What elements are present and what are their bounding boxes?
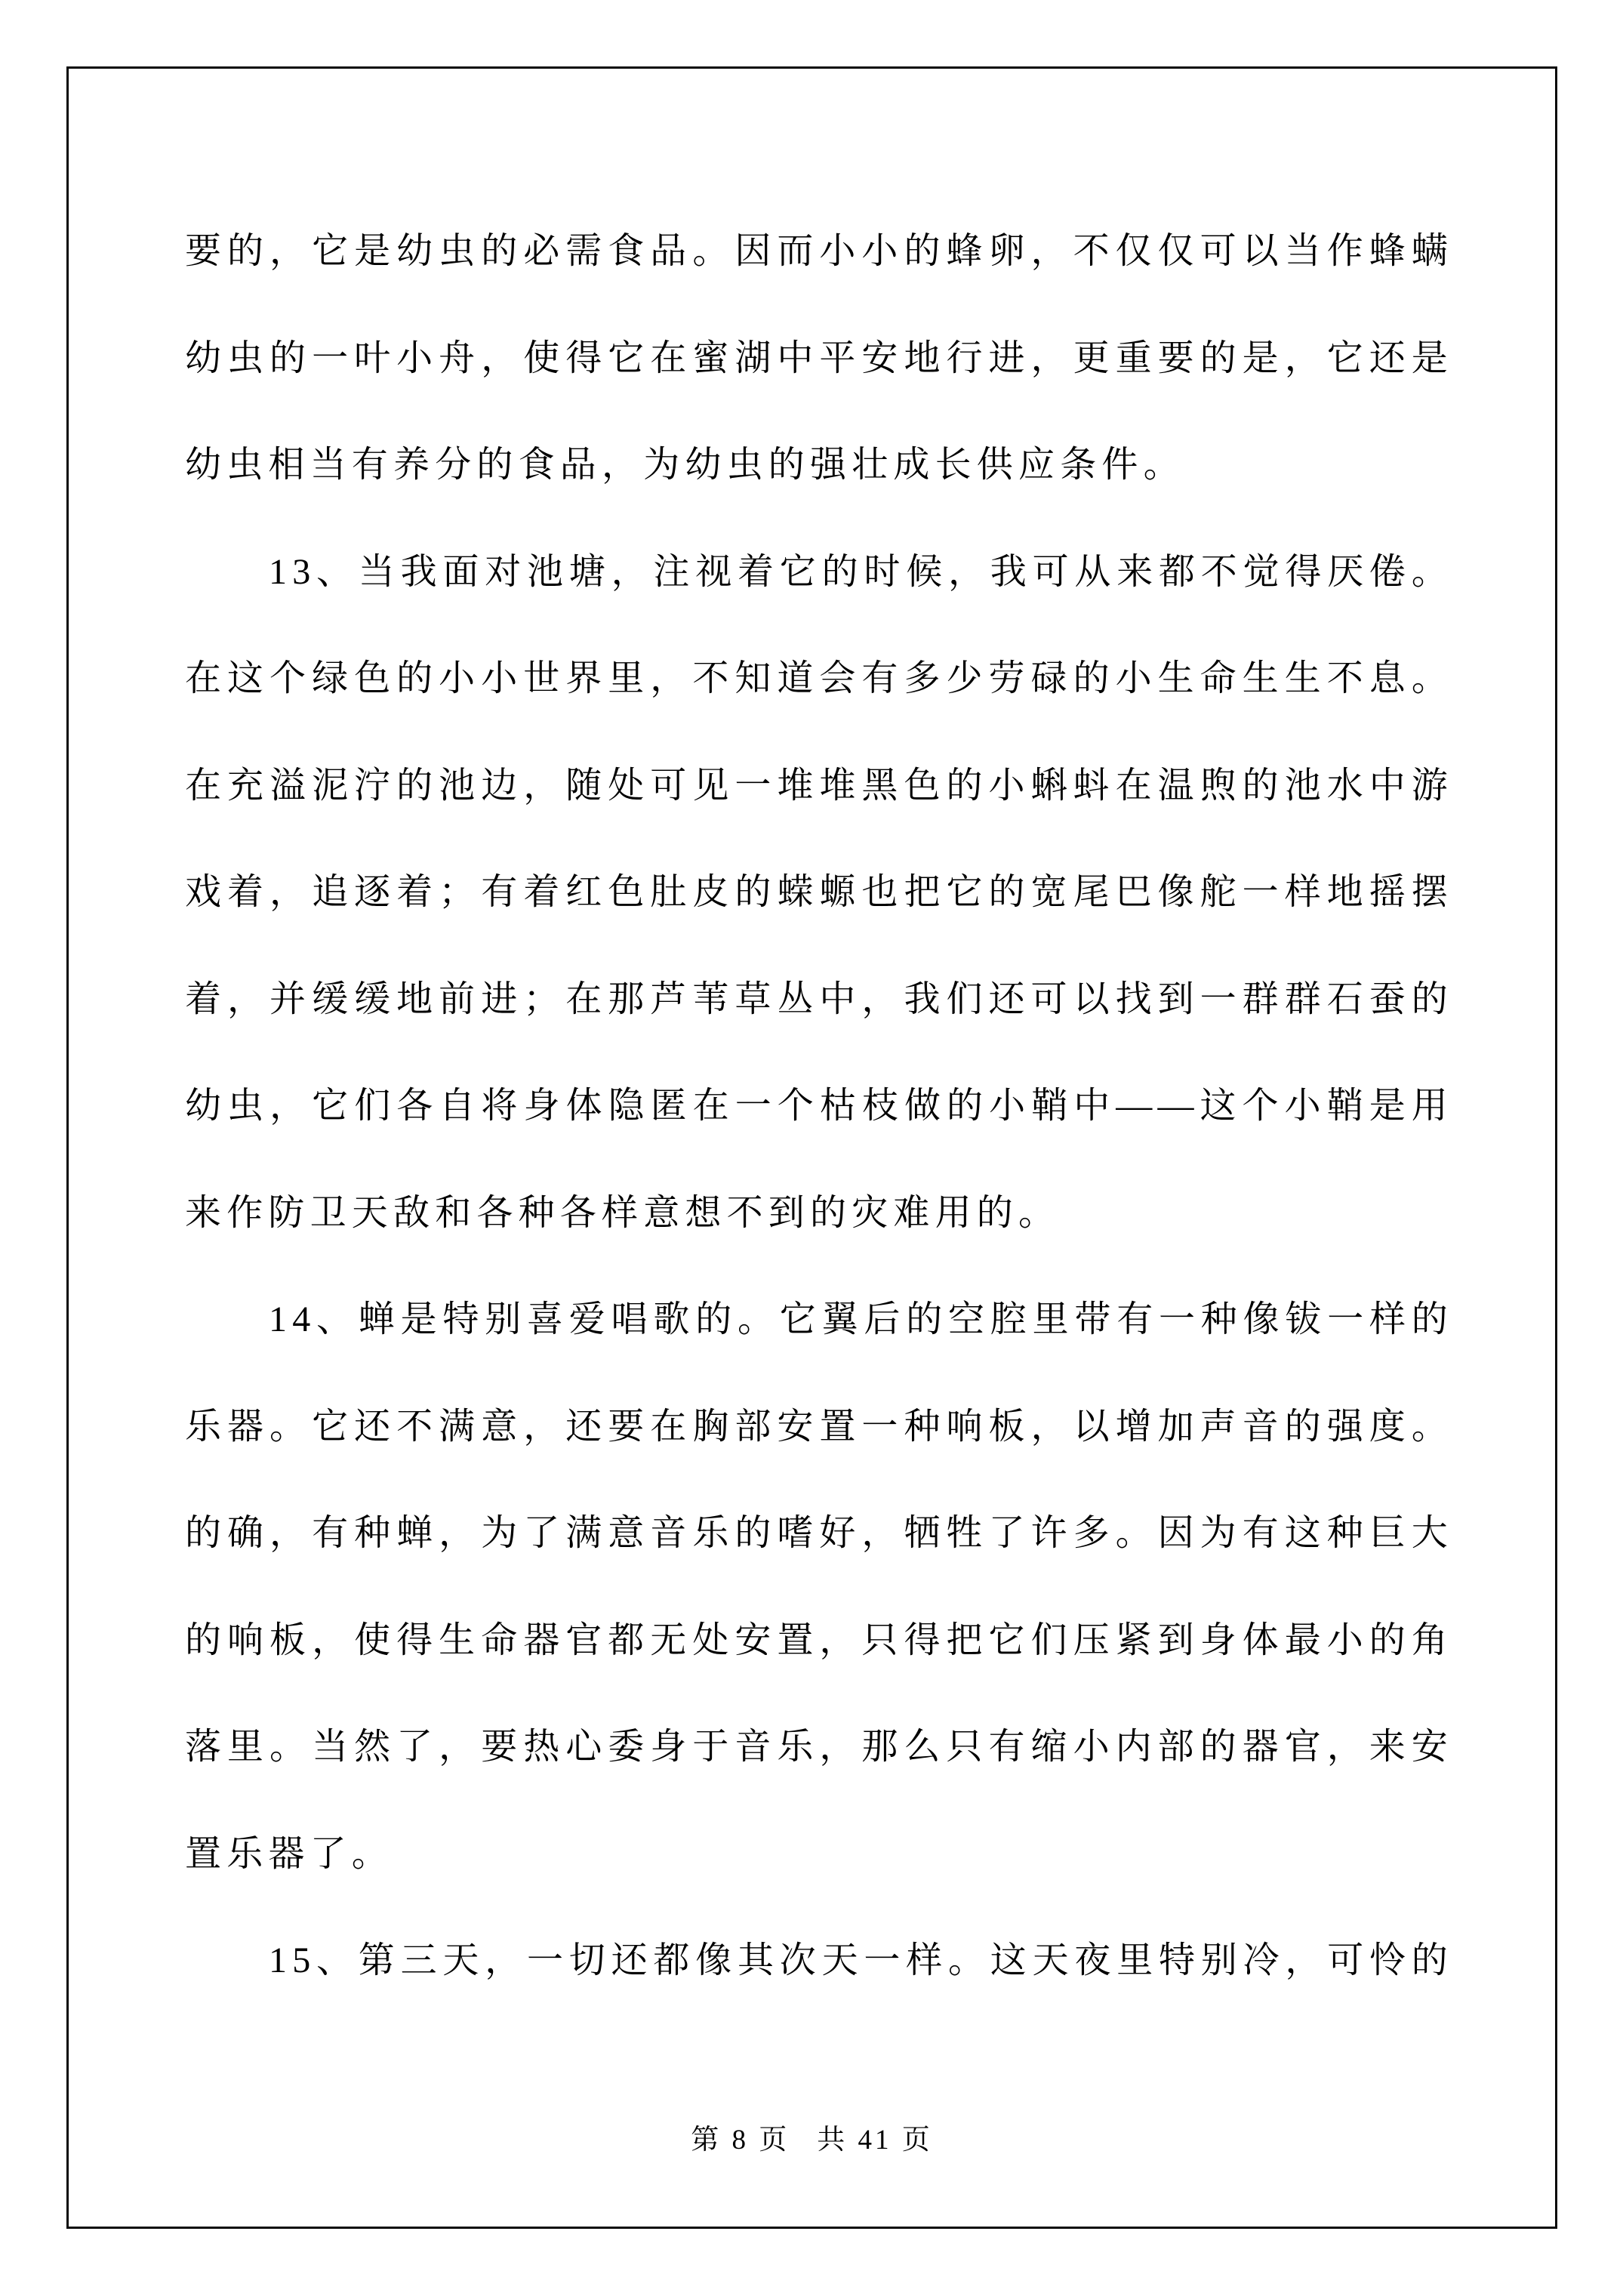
- text-line: 置乐器了。: [185, 1801, 1453, 1908]
- text-line: 幼虫，它们各自将身体隐匿在一个枯枝做的小鞘中——这个小鞘是用: [185, 1052, 1453, 1160]
- text-line-paragraph-13: 13、当我面对池塘，注视着它的时候，我可从来都不觉得厌倦。: [185, 519, 1453, 626]
- text-line: 要的，它是幼虫的必需食品。因而小小的蜂卵，不仅仅可以当作蜂螨: [185, 198, 1453, 305]
- text-line: 幼虫相当有养分的食品，为幼虫的强壮成长供应条件。: [185, 411, 1453, 519]
- text-line: 的响板，使得生命器官都无处安置，只得把它们压紧到身体最小的角: [185, 1587, 1453, 1694]
- body-text: 要的，它是幼虫的必需食品。因而小小的蜂卵，不仅仅可以当作蜂螨 幼虫的一叶小舟，使…: [185, 198, 1453, 2014]
- text-line: 戏着，追逐着；有着红色肚皮的蝾螈也把它的宽尾巴像舵一样地摇摆: [185, 839, 1453, 946]
- text-line: 幼虫的一叶小舟，使得它在蜜湖中平安地行进，更重要的是，它还是: [185, 305, 1453, 412]
- footer-total-pages: 共 41 页: [817, 2125, 933, 2156]
- page-border: 要的，它是幼虫的必需食品。因而小小的蜂卵，不仅仅可以当作蜂螨 幼虫的一叶小舟，使…: [66, 66, 1557, 2229]
- text-line: 乐器。它还不满意，还要在胸部安置一种响板，以增加声音的强度。: [185, 1373, 1453, 1481]
- text-line: 在这个绿色的小小世界里，不知道会有多少劳碌的小生命生生不息。: [185, 625, 1453, 732]
- text-line: 的确，有种蝉，为了满意音乐的嗜好，牺牲了许多。因为有这种巨大: [185, 1480, 1453, 1587]
- page-footer: 第 8 页共 41 页: [69, 2124, 1555, 2157]
- text-line: 来作防卫天敌和各种各样意想不到的灾难用的。: [185, 1160, 1453, 1267]
- text-line-paragraph-15: 15、第三天，一切还都像其次天一样。这天夜里特别冷，可怜的: [185, 1907, 1453, 2014]
- footer-page-number: 第 8 页: [691, 2125, 790, 2156]
- text-line: 着，并缓缓地前进；在那芦苇草丛中，我们还可以找到一群群石蚕的: [185, 946, 1453, 1053]
- text-line-paragraph-14: 14、蝉是特别喜爱唱歌的。它翼后的空腔里带有一种像钹一样的: [185, 1266, 1453, 1373]
- text-line: 在充溢泥泞的池边，随处可见一堆堆黑色的小蝌蚪在温煦的池水中游: [185, 732, 1453, 840]
- text-line: 落里。当然了，要热心委身于音乐，那么只有缩小内部的器官，来安: [185, 1693, 1453, 1801]
